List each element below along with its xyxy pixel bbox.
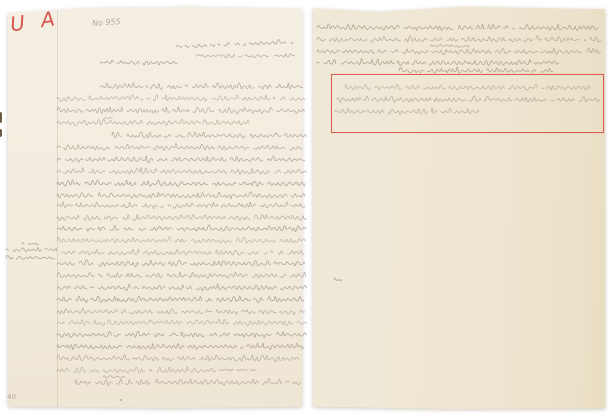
binding-edge-mark: [0, 129, 2, 137]
annotation-highlight-box: [331, 74, 604, 133]
paper-speck: [120, 399, 122, 401]
left-page-paper: [8, 7, 302, 408]
binding-edge-mark: [0, 112, 2, 123]
letter-page-left: [8, 7, 302, 408]
right-page-paper: [313, 6, 605, 409]
letter-scan: U A No 955 40: [0, 0, 614, 416]
page-number-pencil: 40: [7, 393, 16, 401]
letter-page-right: [313, 6, 605, 409]
left-page-fold-crease: [57, 7, 58, 408]
